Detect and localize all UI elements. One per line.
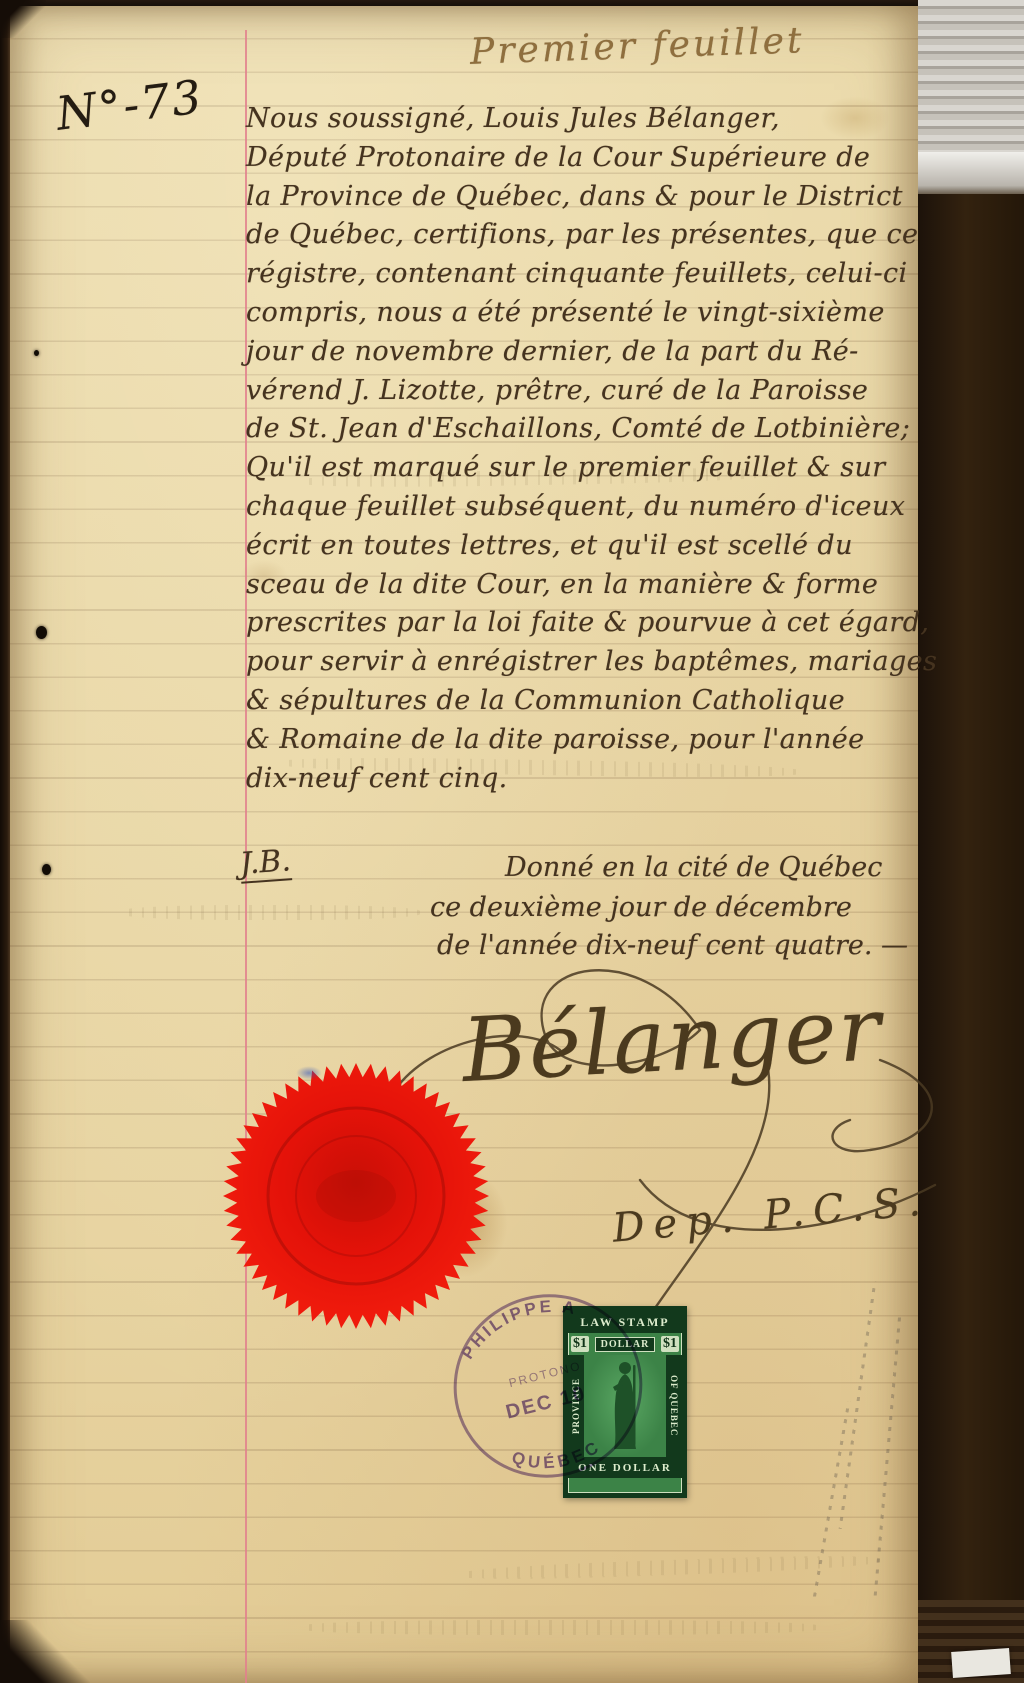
dateline-place: Donné en la cité de Québec <box>505 852 882 883</box>
dateline-year: de l'année dix-neuf cent quatre. — <box>437 930 908 961</box>
text-line: prescrites par la loi faite & pourvue à … <box>246 604 918 643</box>
text-line: jour de novembre dernier, de la part du … <box>246 333 918 372</box>
blue-ink-spot <box>296 1066 322 1080</box>
clerk-initials: J.B. <box>239 843 292 883</box>
text-line: de St. Jean d'Eschaillons, Comté de Lotb… <box>246 410 918 449</box>
text-line: & Romaine de la dite paroisse, pour l'an… <box>246 721 918 760</box>
right-vertical-text: OF QUEBEC <box>669 1375 679 1436</box>
text-line: vérend J. Lizotte, prêtre, curé de la Pa… <box>246 372 918 411</box>
corner-label-sticker <box>951 1648 1011 1678</box>
dateline-day: ce deuxième jour de décembre <box>430 892 852 923</box>
text-line: Qu'il est marqué sur le premier feuillet… <box>246 449 918 488</box>
page-stack-highlight <box>918 152 1024 194</box>
signature-name: Bélanger <box>460 977 885 1102</box>
left-binding-edge <box>0 0 10 1683</box>
text-line: la Province de Québec, dans & pour le Di… <box>246 178 918 217</box>
ink-bleedthrough <box>300 1620 820 1635</box>
top-edge-shadow <box>0 0 1024 6</box>
text-line: compris, nous a été présenté le vingt-si… <box>246 294 918 333</box>
text-line: chaque feuillet subséquent, du numéro d'… <box>246 488 918 527</box>
text-line: Député Protonaire de la Cour Supérieure … <box>246 139 918 178</box>
top-left-corner-shadow <box>0 0 46 38</box>
paper-hole <box>42 864 51 875</box>
text-line: de Québec, certifions, par les présentes… <box>246 216 918 255</box>
denomination-right: $1 <box>661 1336 679 1352</box>
ink-bleedthrough <box>120 905 420 920</box>
text-line: régistre, contenant cinquante feuillets,… <box>246 255 918 294</box>
text-line: & sépultures de la Communion Catholique <box>246 682 918 721</box>
text-line: sceau de la dite Cour, en la manière & f… <box>246 566 918 605</box>
page-stack-edges <box>918 0 1024 152</box>
certification-text: Nous soussigné, Louis Jules Bélanger, Dé… <box>246 100 918 798</box>
right-binding-edge <box>918 0 1024 1683</box>
paper-speck <box>34 350 39 356</box>
text-line: écrit en toutes lettres, et qu'il est sc… <box>246 527 918 566</box>
paper-hole <box>36 626 47 639</box>
text-line: dix-neuf cent cinq. <box>246 760 918 799</box>
text-line: pour servir à enrégistrer les baptêmes, … <box>246 643 918 682</box>
text-line: Nous soussigné, Louis Jules Bélanger, <box>246 100 918 139</box>
law-stamp-right-banner: OF QUEBEC <box>666 1355 682 1457</box>
red-wax-seal <box>222 1062 490 1330</box>
bottom-left-corner-shadow <box>0 1620 90 1683</box>
